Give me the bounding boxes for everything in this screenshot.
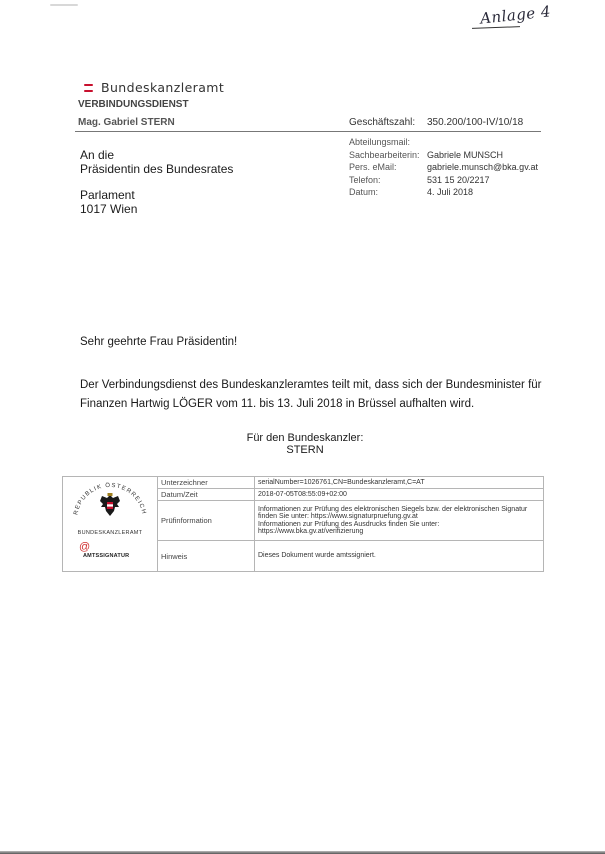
recipient-line: An die [80,148,233,162]
signature-label: Unterzeichner [158,477,255,489]
meta-label: Datum: [349,186,427,199]
meta-row-phone: Telefon: 531 15 20/2217 [349,174,538,187]
signature-block: REPUBLIK ÖSTERREICH BUNDESKANZLERAMT @ A… [62,476,544,572]
scan-artifact [50,4,78,6]
meta-value: gabriele.munsch@bka.gv.at [427,161,538,174]
signature-row-signer: REPUBLIK ÖSTERREICH BUNDESKANZLERAMT @ A… [63,477,544,489]
meta-label: Pers. eMail: [349,161,427,174]
meta-value: 531 15 20/2217 [427,174,490,187]
closing-block: Für den Bundeskanzler: STERN [200,432,410,456]
annotation-underline [472,26,520,29]
meta-row-email: Pers. eMail: gabriele.munsch@bka.gv.at [349,161,538,174]
sender-name: Mag. Gabriel STERN [78,117,175,128]
meta-label: Sachbearbeiterin: [349,149,427,162]
meta-value: 4. Juli 2018 [427,186,473,199]
salutation: Sehr geehrte Frau Präsidentin! [80,336,237,348]
closing-phrase: Für den Bundeskanzler: [200,432,410,444]
meta-row-department-mail: Abteilungsmail: [349,136,538,149]
department-name: VERBINDUNGSDIENST [78,99,189,110]
amtssignatur-label: AMTSSIGNATUR [83,553,129,559]
signature-value: Informationen zur Prüfung des elektronis… [255,501,544,541]
recipient-address: An die Präsidentin des Bundesrates Parla… [80,148,233,216]
recipient-line: Parlament [80,188,233,202]
contact-details: Abteilungsmail: Sachbearbeiterin: Gabrie… [349,136,538,199]
seal-organization: BUNDESKANZLERAMT [63,530,157,536]
recipient-line: Präsidentin des Bundesrates [80,162,233,176]
signature-label: Datum/Zeit [158,489,255,501]
meta-label: Telefon: [349,174,427,187]
header-divider [75,131,541,132]
at-sign-icon: @ [79,542,90,552]
letterhead-logo: Bundeskanzleramt [84,80,224,95]
official-seal: REPUBLIK ÖSTERREICH BUNDESKANZLERAMT @ A… [63,477,158,572]
signatory-name: STERN [200,444,410,456]
signature-value: serialNumber=1026761,CN=Bundeskanzleramt… [255,477,544,489]
austrian-flag-icon [84,84,93,92]
signature-label: Prüfinformation [158,501,255,541]
meta-value: Gabriele MUNSCH [427,149,503,162]
signature-value: 2018-07-05T08:55:09+02:00 [255,489,544,501]
amtssignatur-badge: @ AMTSSIGNATUR [77,542,129,559]
signature-value: Dieses Dokument wurde amtssigniert. [255,541,544,572]
handwritten-annotation: Anlage 4 [479,2,552,27]
reference-label: Geschäftszahl: [349,117,415,128]
organization-name: Bundeskanzleramt [101,80,224,95]
meta-label: Abteilungsmail: [349,136,427,149]
eagle-coat-of-arms-icon [99,492,121,518]
meta-row-date: Datum: 4. Juli 2018 [349,186,538,199]
meta-row-clerk: Sachbearbeiterin: Gabriele MUNSCH [349,149,538,162]
signature-label: Hinweis [158,541,255,572]
letter-body: Der Verbindungsdienst des Bundeskanzlera… [80,376,550,414]
reference-number: 350.200/100-IV/10/18 [427,117,523,128]
recipient-line: 1017 Wien [80,202,233,216]
